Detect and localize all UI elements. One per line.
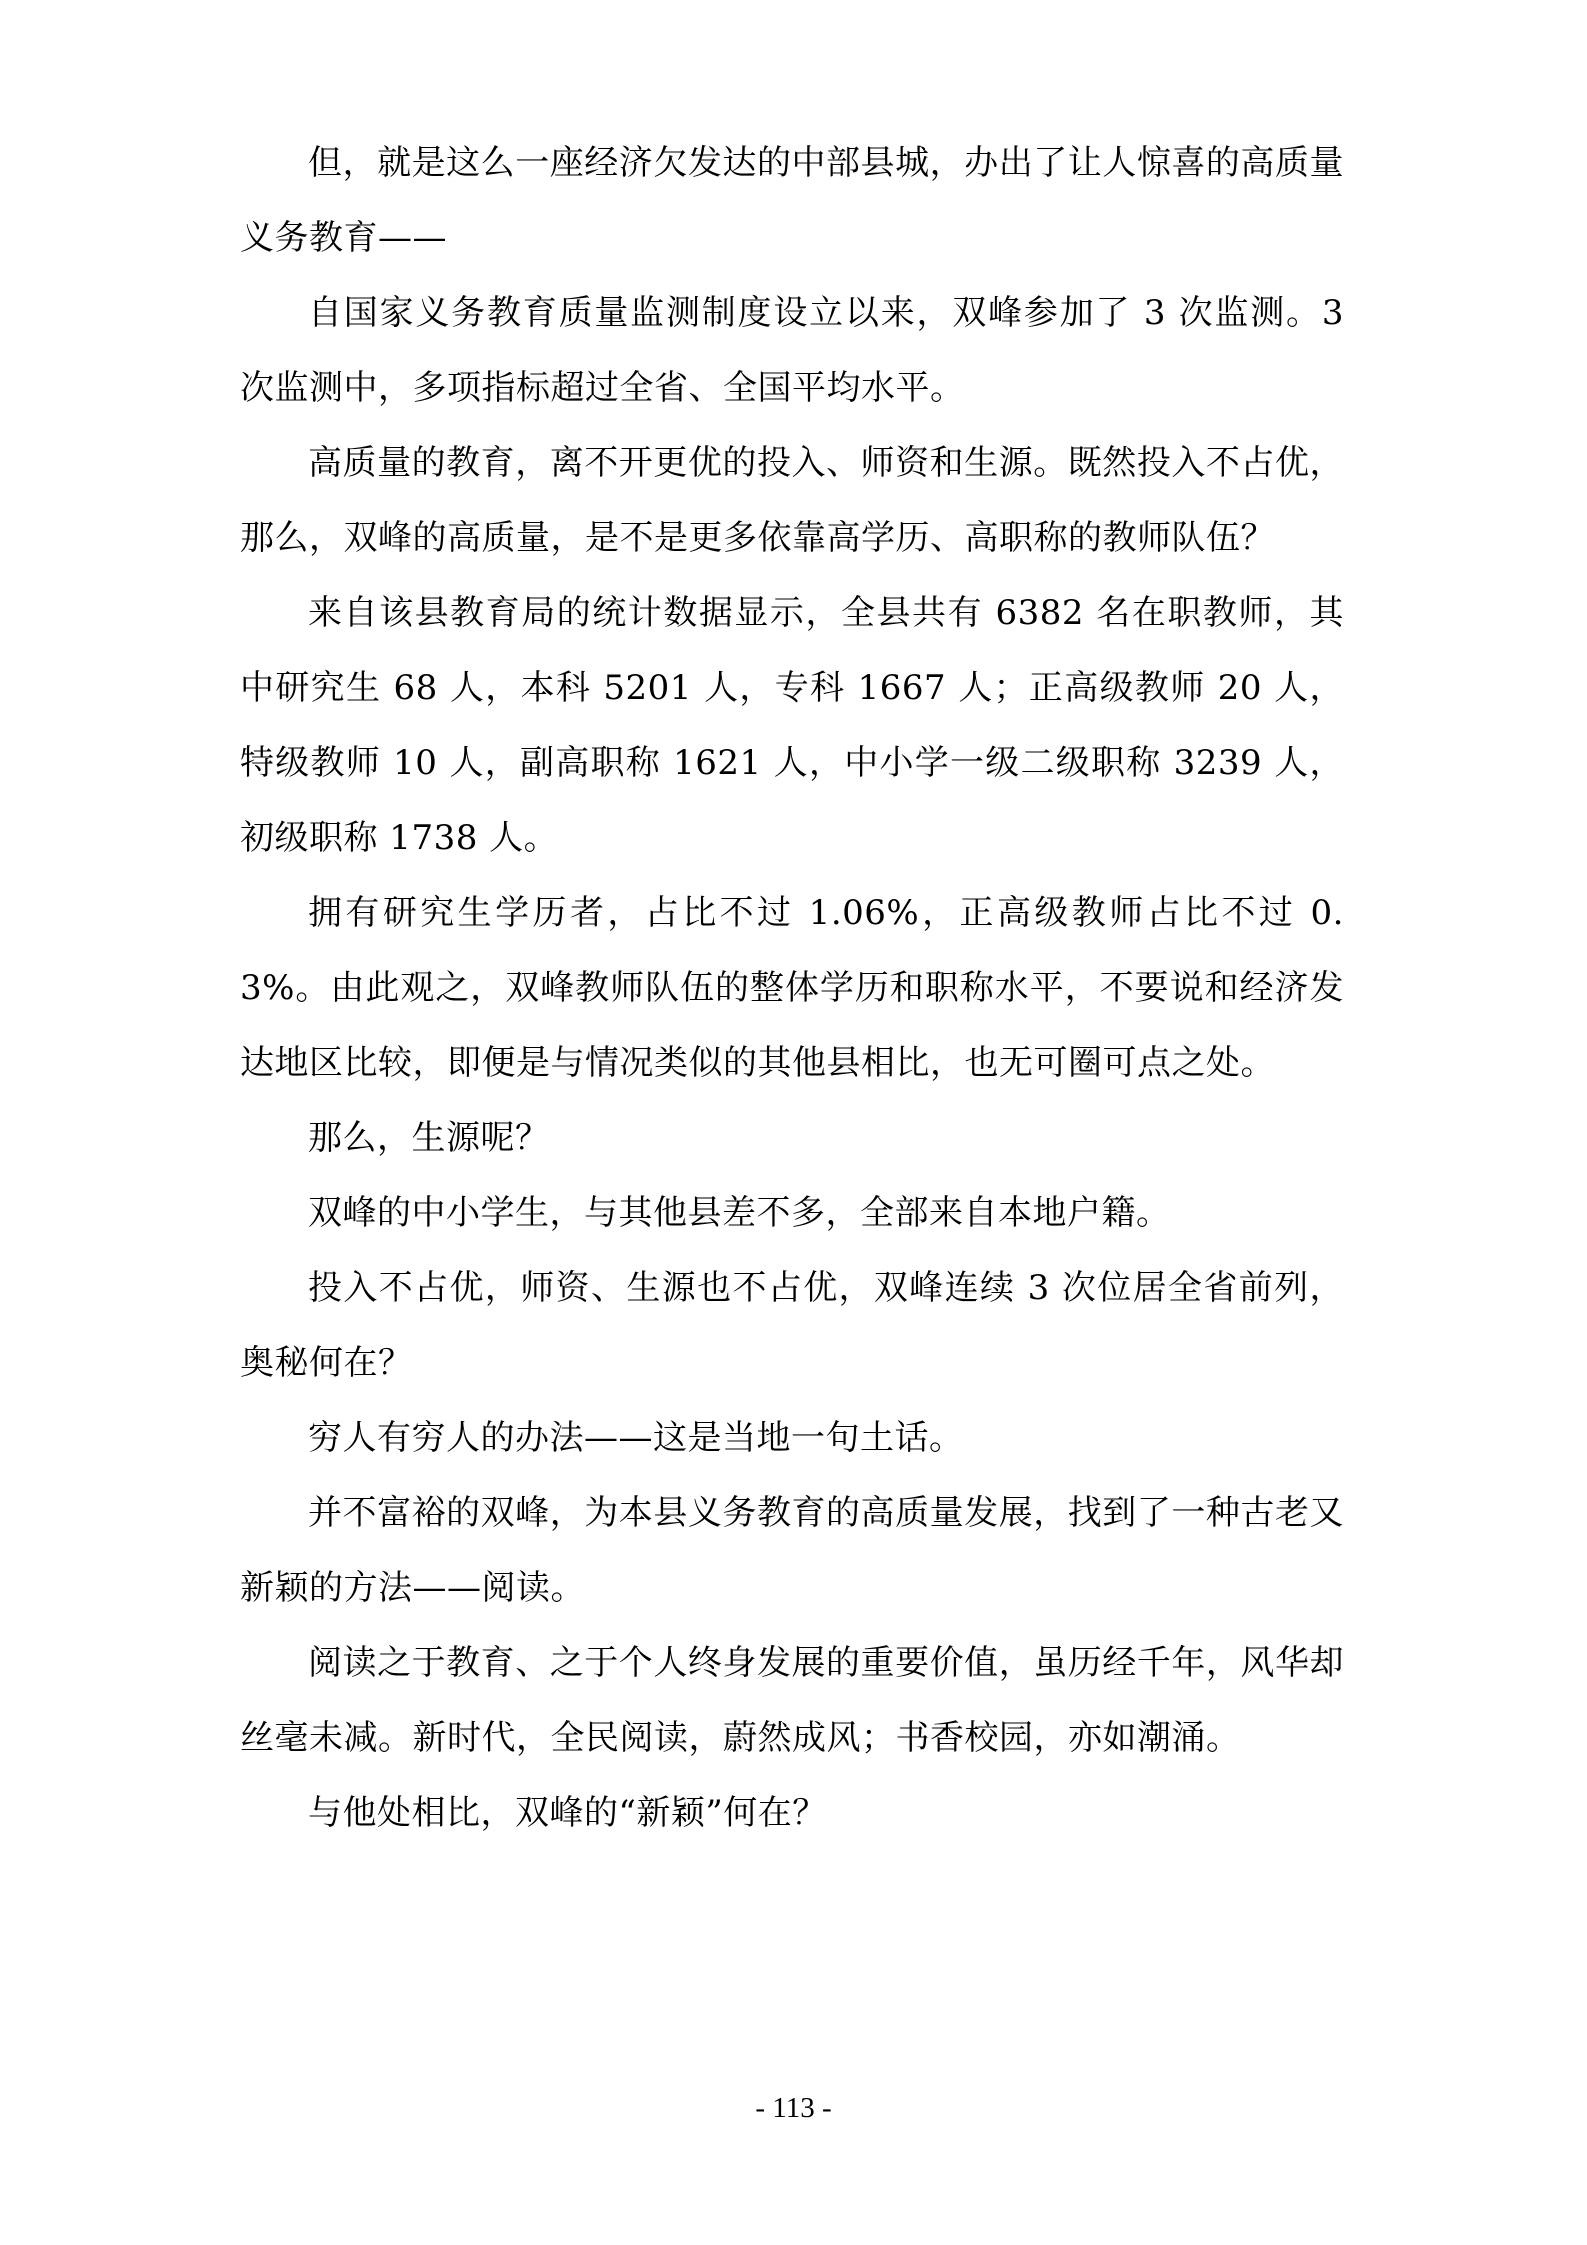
page-number: - 113 - xyxy=(0,2088,1587,2128)
paragraph: 自国家义务教育质量监测制度设立以来，双峰参加了 3 次监测。3 次监测中，多项指… xyxy=(240,276,1344,426)
paragraph: 拥有研究生学历者，占比不过 1.06%，正高级教师占比不过 0.3%。由此观之，… xyxy=(240,876,1344,1101)
paragraph: 与他处相比，双峰的“新颖”何在？ xyxy=(240,1776,1344,1851)
paragraph: 阅读之于教育、之于个人终身发展的重要价值，虽历经千年，风华却丝毫未减。新时代，全… xyxy=(240,1626,1344,1776)
paragraph: 双峰的中小学生，与其他县差不多，全部来自本地户籍。 xyxy=(240,1176,1344,1251)
paragraph: 高质量的教育，离不开更优的投入、师资和生源。既然投入不占优，那么，双峰的高质量，… xyxy=(240,426,1344,576)
paragraph: 那么，生源呢？ xyxy=(240,1101,1344,1176)
document-body: 但，就是这么一座经济欠发达的中部县城，办出了让人惊喜的高质量义务教育—— 自国家… xyxy=(240,126,1344,1851)
paragraph: 来自该县教育局的统计数据显示，全县共有 6382 名在职教师，其中研究生 68 … xyxy=(240,576,1344,876)
paragraph: 并不富裕的双峰，为本县义务教育的高质量发展，找到了一种古老又新颖的方法——阅读。 xyxy=(240,1476,1344,1626)
paragraph: 穷人有穷人的办法——这是当地一句土话。 xyxy=(240,1401,1344,1476)
paragraph: 但，就是这么一座经济欠发达的中部县城，办出了让人惊喜的高质量义务教育—— xyxy=(240,126,1344,276)
document-page: 但，就是这么一座经济欠发达的中部县城，办出了让人惊喜的高质量义务教育—— 自国家… xyxy=(0,0,1587,2245)
paragraph: 投入不占优，师资、生源也不占优，双峰连续 3 次位居全省前列，奥秘何在？ xyxy=(240,1251,1344,1401)
